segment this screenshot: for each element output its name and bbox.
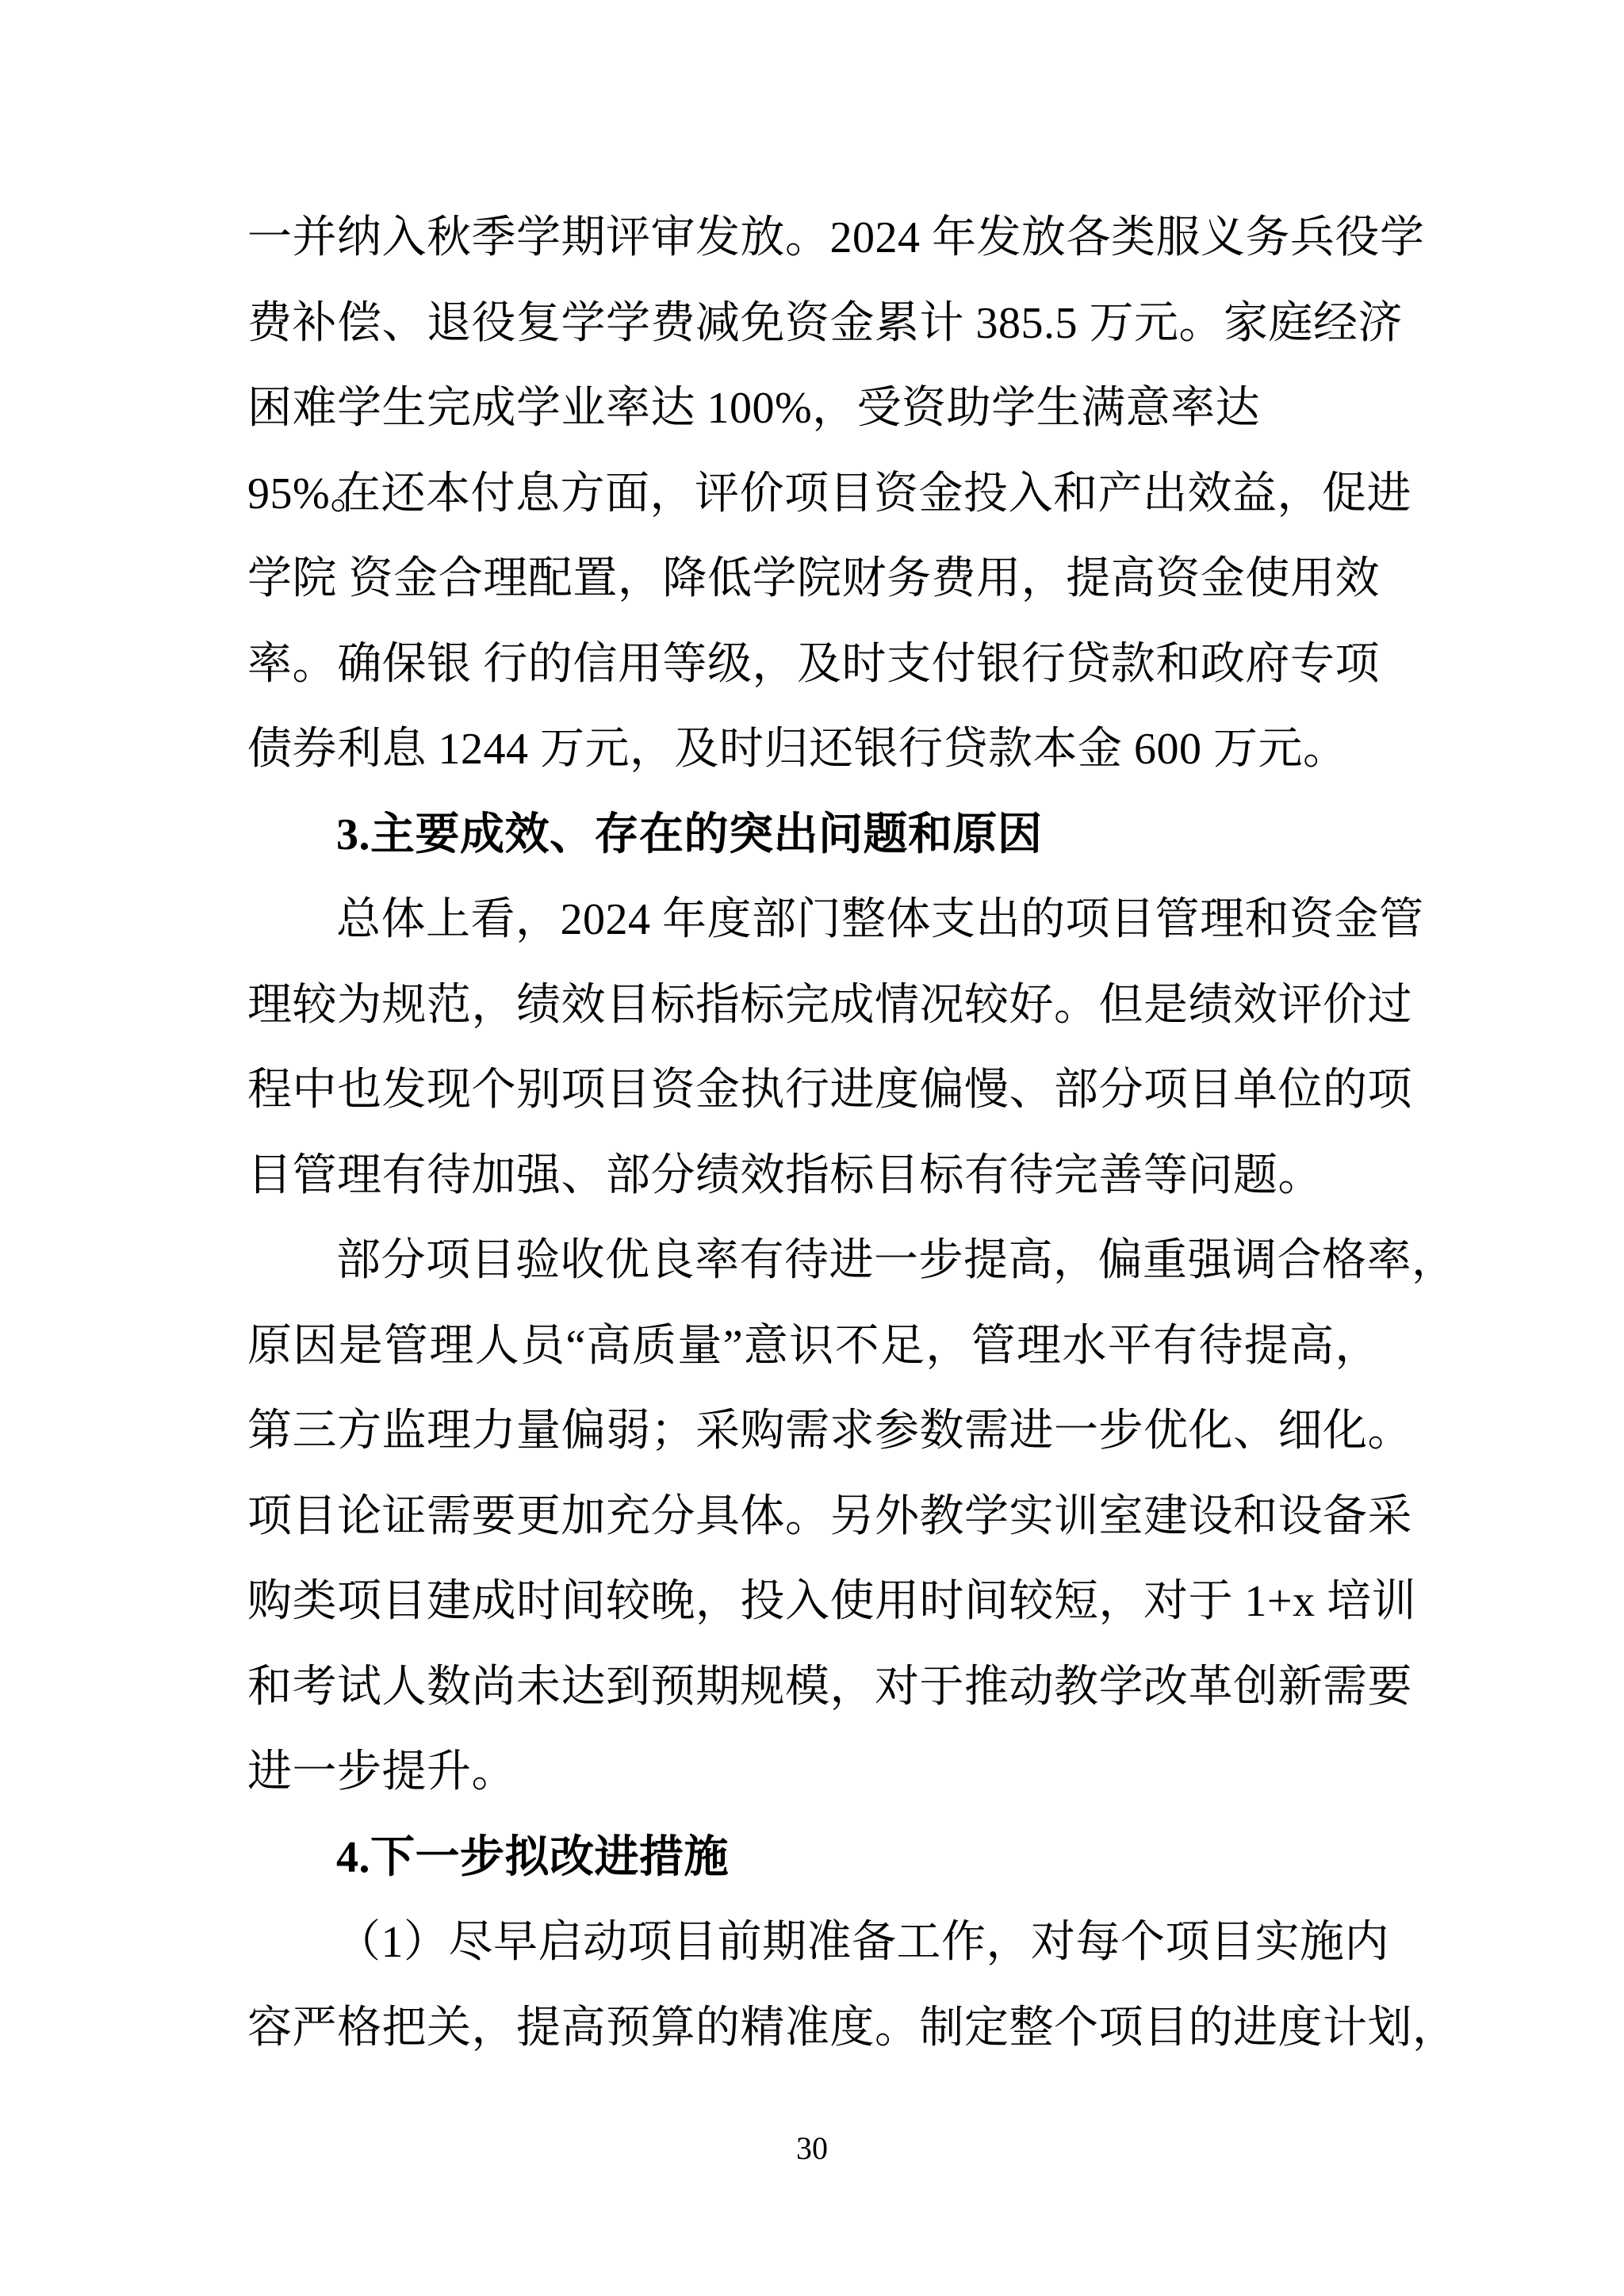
- text-line: 率。确保银 行的信用等级，及时支付银行贷款和政府专项: [247, 622, 1380, 708]
- text-line: 一并纳入秋季学期评审发放。2024 年发放各类服义务兵役学: [247, 196, 1380, 281]
- section-heading: 3.主要成效、存在的突出问题和原因: [247, 793, 1380, 878]
- text-line: 进一步提升。: [247, 1730, 1380, 1816]
- text-line: 债券利息 1244 万元，及时归还银行贷款本金 600 万元。: [247, 707, 1380, 793]
- section-heading: 4.下一步拟改进措施: [247, 1816, 1380, 1901]
- page-number: 30: [0, 2126, 1624, 2171]
- text-line: 总体上看，2024 年度部门整体支出的项目管理和资金管: [247, 878, 1380, 963]
- text-line: 和考试人数尚未达到预期规模，对于推动教学改革创新需要: [247, 1645, 1380, 1731]
- text-line: 困难学生完成学业率达 100%，受资助学生满意率达 95%。: [247, 366, 1380, 452]
- text-line: 理较为规范，绩效目标指标完成情况较好。但是绩效评价过: [247, 963, 1380, 1049]
- text-line: 目管理有待加强、部分绩效指标目标有待完善等问题。: [247, 1134, 1380, 1219]
- text-line: 部分项目验收优良率有待进一步提高，偏重强调合格率，: [247, 1219, 1380, 1304]
- text-line: （1）尽早启动项目前期准备工作，对每个项目实施内: [247, 1900, 1380, 1986]
- text-line: 容严格把关，提高预算的精准度。制定整个项目的进度计划，: [247, 1986, 1380, 2072]
- text-line: 原因是管理人员“高质量”意识不足，管理水平有待提高，: [247, 1304, 1380, 1390]
- text-line: 第三方监理力量偏弱；采购需求参数需进一步优化、细化。: [247, 1389, 1380, 1475]
- document-body: 一并纳入秋季学期评审发放。2024 年发放各类服义务兵役学 费补偿、退役复学学费…: [247, 196, 1380, 2071]
- text-line: 学院 资金合理配置，降低学院财务费用，提高资金使用效: [247, 537, 1380, 622]
- text-line: 费补偿、退役复学学费减免资金累计 385.5 万元。家庭经济: [247, 281, 1380, 367]
- text-line: 在还本付息方面，评价项目资金投入和产出效益，促进: [247, 452, 1380, 538]
- document-page: 一并纳入秋季学期评审发放。2024 年发放各类服义务兵役学 费补偿、退役复学学费…: [0, 0, 1624, 2296]
- text-line: 购类项目建成时间较晚，投入使用时间较短，对于 1+x 培训: [247, 1559, 1380, 1645]
- text-line: 项目论证需要更加充分具体。另外教学实训室建设和设备采: [247, 1475, 1380, 1560]
- text-line: 程中也发现个别项目资金执行进度偏慢、部分项目单位的项: [247, 1048, 1380, 1134]
